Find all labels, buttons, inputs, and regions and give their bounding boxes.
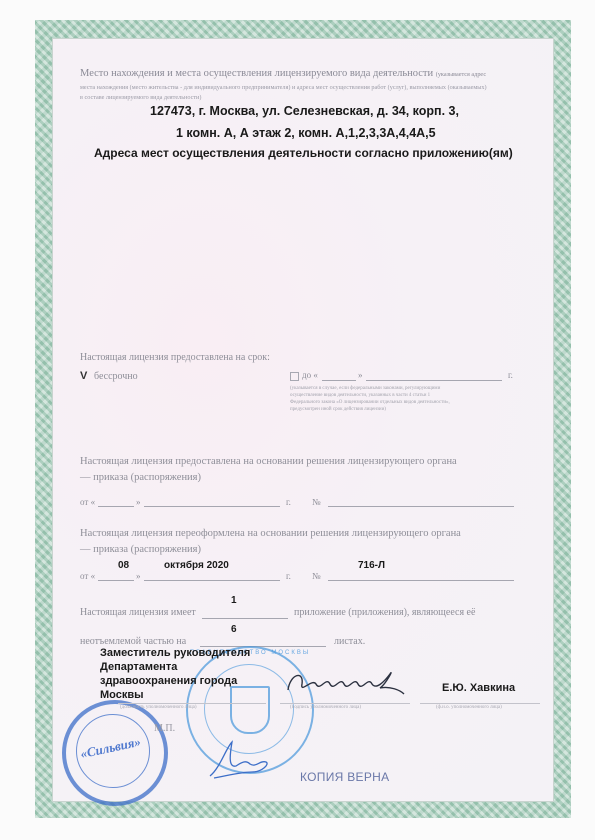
signatory-name: Е.Ю. Хавкина bbox=[442, 682, 515, 694]
address-line-1: 127473, г. Москва, ул. Селезневская, д. … bbox=[150, 104, 459, 118]
until-year-suffix: г. bbox=[508, 370, 513, 380]
reissued-number: 716-Л bbox=[358, 560, 385, 571]
granted-from-label: от « bbox=[80, 497, 95, 507]
signature-scribble bbox=[282, 664, 410, 700]
reissued-mid: » bbox=[136, 571, 141, 581]
appendix-count: 1 bbox=[231, 595, 237, 606]
address-line-3: Адреса мест осуществления деятельности с… bbox=[94, 146, 513, 160]
until-day-line bbox=[322, 380, 356, 381]
signature-caption: (подпись уполномоченного лица) bbox=[290, 705, 361, 710]
granted-number-line bbox=[328, 506, 514, 507]
position-line-2: Департамента bbox=[100, 660, 250, 674]
until-note: (указывается в случае, если федеральными… bbox=[290, 385, 450, 413]
granted-date-line bbox=[144, 506, 280, 507]
reissued-text-line1: Настоящая лицензия переоформлена на осно… bbox=[80, 528, 461, 539]
reissued-number-label: № bbox=[312, 571, 321, 581]
indefinite-label: бессрочно bbox=[94, 371, 138, 382]
position-line-3: здравоохранения города bbox=[100, 674, 250, 688]
address-line-2: 1 комн. А, А этаж 2, комн. А,1,2,3,3А,4,… bbox=[176, 126, 436, 140]
granted-day-line bbox=[98, 506, 134, 507]
position-line-1: Заместитель руководителя bbox=[100, 646, 250, 660]
mp-label: М.П. bbox=[154, 723, 175, 734]
reissued-day: 08 bbox=[118, 560, 129, 571]
until-date-line bbox=[366, 380, 502, 381]
signatory-position: Заместитель руководителя Департамента зд… bbox=[100, 646, 250, 702]
granted-number-label: № bbox=[312, 497, 321, 507]
position-line bbox=[118, 703, 266, 704]
until-checkbox[interactable] bbox=[290, 372, 299, 381]
indefinite-checkbox-mark[interactable]: V bbox=[80, 370, 87, 382]
reissued-year-suffix: г. bbox=[286, 571, 291, 581]
reissued-text-line2: — приказа (распоряжения) bbox=[80, 544, 201, 555]
header-title-note: (указывается адрес bbox=[436, 71, 486, 78]
granted-text-line2: — приказа (распоряжения) bbox=[80, 472, 201, 483]
granted-mid: » bbox=[136, 497, 141, 507]
copy-certified-label: КОПИЯ ВЕРНА bbox=[300, 770, 389, 784]
header-note-line2: места нахождения (место жительства - для… bbox=[80, 84, 487, 91]
header-title: Место нахождения и места осуществления л… bbox=[80, 68, 486, 79]
header-note-line3: в составе лицензируемого вида деятельнос… bbox=[80, 94, 201, 101]
company-stamp: «Сильвия» bbox=[62, 700, 168, 806]
position-caption: (должность уполномоченного лица) bbox=[120, 705, 197, 710]
appendix-count-line bbox=[202, 618, 288, 619]
term-label: Настоящая лицензия предоставлена на срок… bbox=[80, 352, 270, 363]
position-line-4: Москвы bbox=[100, 688, 250, 702]
appendix-text-after: приложение (приложения), являющееся её bbox=[294, 607, 475, 618]
granted-text-line1: Настоящая лицензия предоставлена на осно… bbox=[80, 456, 457, 467]
until-label: до « bbox=[302, 370, 318, 380]
appendix-text-before: Настоящая лицензия имеет bbox=[80, 607, 196, 618]
granted-year-suffix: г. bbox=[286, 497, 291, 507]
reissued-number-line bbox=[328, 580, 514, 581]
header-title-text: Место нахождения и места осуществления л… bbox=[80, 68, 433, 79]
name-caption: (ф.и.о. уполномоченного лица) bbox=[436, 705, 502, 710]
appendix-sheets: 6 bbox=[231, 624, 237, 635]
reissued-date-line bbox=[144, 580, 280, 581]
certification-signature-scribble bbox=[206, 738, 278, 782]
reissued-from-label: от « bbox=[80, 571, 95, 581]
reissued-day-line bbox=[98, 580, 134, 581]
appendix-line2-after: листах. bbox=[334, 636, 365, 647]
name-line bbox=[420, 703, 540, 704]
reissued-month-year: октября 2020 bbox=[164, 560, 229, 571]
until-mid: » bbox=[358, 370, 363, 380]
signature-line bbox=[280, 703, 410, 704]
